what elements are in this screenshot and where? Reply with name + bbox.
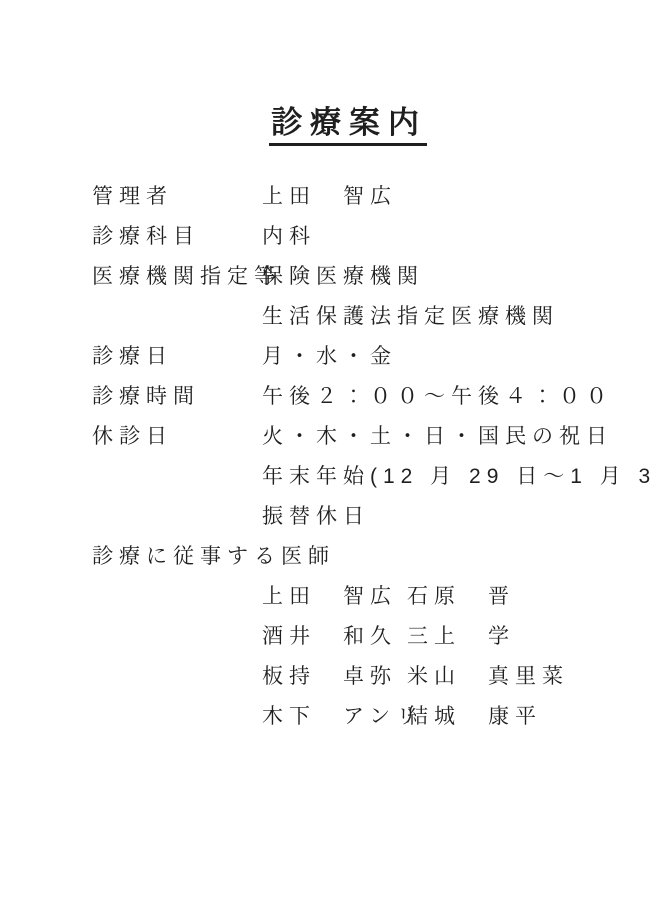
info-value: 振替休日 <box>262 495 650 535</box>
doctor-name: 板持 卓弥 <box>262 655 407 695</box>
info-label: 休診日 <box>92 415 262 455</box>
info-value: 火・木・土・日・国民の祝日 <box>262 415 650 455</box>
info-label: 診療科目 <box>92 215 262 255</box>
doctor-row: 上田 智広 石原 晋 <box>92 575 650 615</box>
info-label: 管理者 <box>92 175 262 215</box>
info-row-departments: 診療科目 内科 <box>92 215 650 255</box>
doctor-name: 石原 晋 <box>407 575 650 615</box>
info-value: 上田 智広 <box>262 175 650 215</box>
doctor-row: 酒井 和久 三上 学 <box>92 615 650 655</box>
info-label: 診療日 <box>92 335 262 375</box>
info-row-consultation-hours: 診療時間 午後２：００～午後４：００ <box>92 375 650 415</box>
info-label: 診療時間 <box>92 375 262 415</box>
page-title: 診療案内 <box>269 105 427 146</box>
title-block: 診療案内 <box>0 0 650 146</box>
info-row-closed-days: 休診日 火・木・土・日・国民の祝日 年末年始(12 月 29 日～1 月 3 日… <box>92 415 650 535</box>
info-value: 月・水・金 <box>262 335 650 375</box>
info-value: 保険医療機関 <box>262 255 650 295</box>
doctor-row: 木下 アンリ 結城 康平 <box>92 695 650 735</box>
document-page: 診療案内 管理者 上田 智広 診療科目 内科 医療機関指定等 保険医療機関 生活… <box>0 0 650 919</box>
doctors-section-heading: 診療に従事する医師 <box>92 535 650 575</box>
doctor-name: 三上 学 <box>407 615 650 655</box>
info-value: 年末年始(12 月 29 日～1 月 3 日) <box>262 455 650 495</box>
doctor-name: 酒井 和久 <box>262 615 407 655</box>
info-row-designations: 医療機関指定等 保険医療機関 生活保護法指定医療機関 <box>92 255 650 335</box>
info-row-manager: 管理者 上田 智広 <box>92 175 650 215</box>
info-value: 午後２：００～午後４：００ <box>262 375 650 415</box>
doctor-name: 上田 智広 <box>262 575 407 615</box>
info-row-consultation-days: 診療日 月・水・金 <box>92 335 650 375</box>
doctor-name: 木下 アンリ <box>262 695 407 735</box>
doctor-name: 米山 真里菜 <box>407 655 650 695</box>
doctor-row: 板持 卓弥 米山 真里菜 <box>92 655 650 695</box>
info-value: 内科 <box>262 215 650 255</box>
info-label: 医療機関指定等 <box>92 255 262 295</box>
document-body: 管理者 上田 智広 診療科目 内科 医療機関指定等 保険医療機関 生活保護法指定… <box>0 175 650 735</box>
doctor-name: 結城 康平 <box>407 695 650 735</box>
info-value: 生活保護法指定医療機関 <box>262 295 650 335</box>
